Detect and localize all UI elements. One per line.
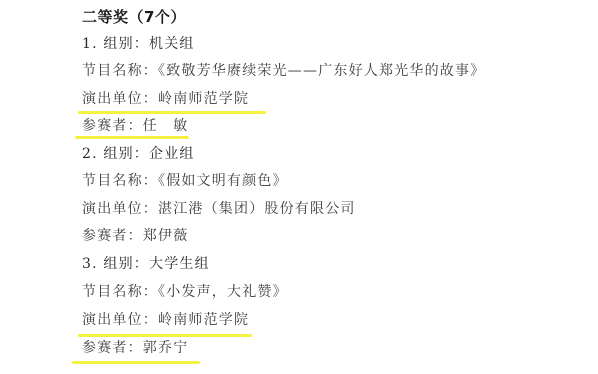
entry-participant: 参赛者：郑伊薇 <box>82 226 188 246</box>
entry-unit: 演出单位：湛江港（集团）股份有限公司 <box>82 199 356 219</box>
section-title: 二等奖（7个） <box>82 7 186 27</box>
highlight-underline <box>78 334 252 337</box>
highlight-underline <box>75 136 189 139</box>
entry-group: 3. 组别：大学生组 <box>82 254 210 274</box>
entry-program: 节目名称：《假如文明有颜色》 <box>82 171 288 191</box>
entry-program: 节目名称：《致敬芳华赓续荣光——广东好人郑光华的故事》 <box>82 61 485 81</box>
entry-unit: 演出单位：岭南师范学院 <box>82 89 249 109</box>
entry-group: 2. 组别：企业组 <box>82 144 195 164</box>
entry-group: 1. 组别：机关组 <box>82 34 195 54</box>
entry-participant: 参赛者：郭乔宁 <box>82 338 188 358</box>
entry-program: 节目名称：《小发声，大礼赞》 <box>82 282 288 302</box>
highlight-underline <box>78 111 266 114</box>
entry-unit: 演出单位：岭南师范学院 <box>82 310 249 330</box>
highlight-underline <box>72 361 200 364</box>
entry-participant: 参赛者：任 敏 <box>82 116 188 136</box>
